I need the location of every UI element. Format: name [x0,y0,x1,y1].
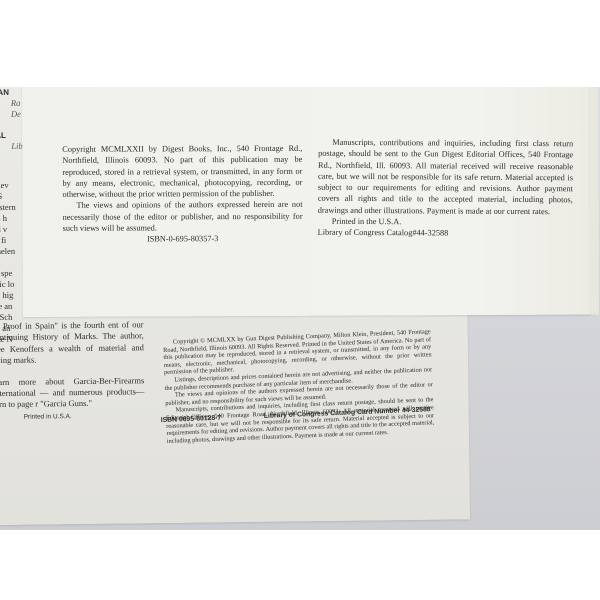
page-edge [588,87,599,315]
margin-line: Whelen [0,246,24,257]
copyright-block-1970: Copyright © MCMLXX by Gun Digest Publish… [163,328,435,445]
margin-line: his spe [0,268,24,279]
lc-catalog-1972: Library of Congress Catalog#44-32588 [318,227,573,240]
article-column-fragment: an Proof in Spain" is the fourth ent of … [0,319,145,421]
article-paragraph-2: learn more about Garcia-Ber-Firearms Int… [0,375,145,411]
margin-line: Western [0,202,24,213]
upper-page-1972: Copyright MCMLXXII by Digest Books, Inc.… [22,87,591,317]
margin-line [0,257,24,268]
margin-line: believ [0,180,23,191]
copyright-block-1972: Copyright MCMLXXII by Digest Books, Inc.… [62,143,302,246]
margin-italic-2: Lib [0,141,23,152]
margin-heading-2: RIAL [0,130,23,141]
views-paragraph-1972: The views and opinions of the authors ex… [63,199,303,234]
margin-line: We hig [0,290,25,301]
margin-heading-1: PEAN [0,87,22,98]
manuscripts-block-1972: Manuscripts, contributions and inquiries… [318,137,574,240]
printed-in-usa-label: Printed in U.S.A. [24,413,72,421]
margin-line: algic lo [0,279,24,290]
margin-line: and v [0,224,24,235]
photo-background: PEAN Ra De RIAL Lib believE. SWesternthi… [0,87,600,530]
margin-line: this h [0,213,24,224]
margin-line: E. S [0,191,23,202]
margin-line: tive an [0,301,25,312]
margin-italic-1a: Ra [0,98,22,109]
margin-line: the fi [0,235,24,246]
margin-italic-1b: De [0,109,22,120]
manuscripts-paragraph-1972: Manuscripts, contributions and inquiries… [318,137,573,218]
article-paragraph-1: an Proof in Spain" is the fourth ent of … [0,319,144,366]
isbn-1972: ISBN-0-695-80357-3 [63,233,303,245]
copyright-paragraph-1972: Copyright MCMLXXII by Digest Books, Inc.… [62,143,302,201]
